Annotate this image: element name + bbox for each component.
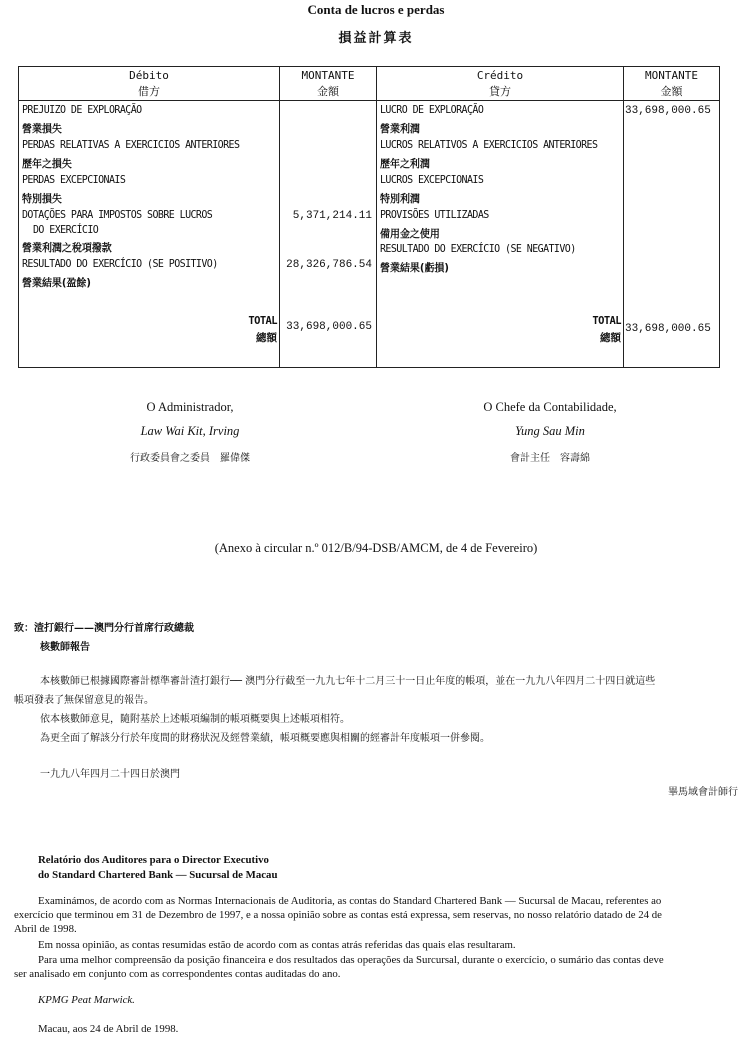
credit-amount-operating-profit: 33,698,000.65 — [625, 105, 711, 117]
credit-line: 營業結果(虧損) — [380, 260, 449, 275]
credit-line: LUCROS EXCEPCIONAIS — [380, 174, 483, 186]
debit-total-label: TOTAL 總額 — [248, 313, 277, 347]
credit-header-zh: 貸方 — [377, 84, 623, 100]
debit-amount-taxes: 5,371,214.11 — [293, 210, 372, 222]
credit-line: 營業利潤 — [380, 121, 420, 136]
zh-report-date: 一九九八年四月二十四日於澳門 — [40, 765, 180, 780]
pt-para1-line: Abril de 1998. — [14, 922, 742, 936]
debit-line: RESULTADO DO EXERCÍCIO (SE POSITIVO) — [22, 258, 218, 270]
pt-para1-line: Examinámos, de acordo com as Normas Inte… — [14, 894, 742, 908]
zh-report-signer: 畢馬域會計師行 — [668, 783, 738, 798]
amount-header-zh: 金額 — [280, 84, 376, 100]
total-label-pt: TOTAL — [248, 313, 277, 330]
credit-amount-header: MONTANTE 金額 — [624, 67, 719, 101]
signature-zh: 會計主任 容壽綿 — [450, 449, 650, 464]
credit-header: Crédito 貸方 — [377, 67, 623, 101]
credit-line: LUCROS RELATIVOS A EXERCICIOS ANTERIORES — [380, 139, 597, 151]
debit-amounts: 5,371,214.11 28,326,786.54 33,698,000.65 — [280, 102, 376, 367]
credit-line: 備用金之使用 — [380, 226, 440, 241]
amount-header-pt: MONTANTE — [280, 68, 376, 84]
pt-report-signer: KPMG Peat Marwick. — [38, 993, 135, 1007]
pt-report-para3: Para uma melhor compreensão da posição f… — [14, 953, 742, 981]
debit-amount-column: MONTANTE 金額 5,371,214.11 28,326,786.54 3… — [280, 67, 377, 367]
pt-para3-line: ser analisado em conjunto com as corresp… — [14, 967, 742, 981]
credit-total-value: 33,698,000.65 — [625, 323, 711, 335]
zh-report-para2: 依本核數師意見，隨附基於上述帳項編制的帳項概要與上述帳項相符。 — [40, 710, 350, 725]
debit-line: DO EXERCÍCIO — [33, 224, 98, 236]
signature-zh: 行政委員會之委員 羅偉傑 — [90, 449, 290, 464]
pt-report-title: Relatório dos Auditores para o Director … — [38, 853, 277, 882]
pt-report-title-line2: do Standard Chartered Bank — Sucursal de… — [38, 868, 277, 883]
debit-line: PERDAS RELATIVAS A EXERCICIOS ANTERIORES — [22, 139, 239, 151]
debit-lines: PREJUIZO DE EXPLORAÇÃO 營業損失 PERDAS RELAT… — [19, 102, 279, 367]
credit-header-pt: Crédito — [377, 68, 623, 84]
pt-report-title-line1: Relatório dos Auditores para o Director … — [38, 853, 277, 868]
debit-header: Débito 借方 — [19, 67, 279, 101]
debit-line: PERDAS EXCEPCIONAIS — [22, 174, 125, 186]
signature-administrator: O Administrador, Law Wai Kit, Irving 行政委… — [90, 400, 290, 464]
pt-para1-line: exercício que terminou em 31 de Dezembro… — [14, 908, 742, 922]
pt-report-para1: Examinámos, de acordo com as Normas Inte… — [14, 894, 742, 936]
amount-header-zh: 金額 — [624, 84, 719, 100]
profit-loss-table: Débito 借方 PREJUIZO DE EXPLORAÇÃO 營業損失 PE… — [18, 66, 720, 368]
debit-column: Débito 借方 PREJUIZO DE EXPLORAÇÃO 營業損失 PE… — [19, 67, 280, 367]
credit-amounts: 33,698,000.65 33,698,000.65 — [624, 102, 719, 367]
debit-line: 營業損失 — [22, 121, 62, 136]
amount-header-pt: MONTANTE — [624, 68, 719, 84]
credit-lines: LUCRO DE EXPLORAÇÃO 營業利潤 LUCROS RELATIVO… — [377, 102, 623, 367]
debit-line: 營業結果(盈餘) — [22, 275, 91, 290]
document-title: Conta de lucros e perdas — [0, 2, 752, 18]
credit-amount-column: MONTANTE 金額 33,698,000.65 33,698,000.65 — [624, 67, 719, 367]
zh-report-addressee: 致：渣打銀行——澳門分行首席行政總裁 — [14, 619, 194, 634]
credit-column: Crédito 貸方 LUCRO DE EXPLORAÇÃO 營業利潤 LUCR… — [377, 67, 624, 367]
debit-line: PREJUIZO DE EXPLORAÇÃO — [22, 104, 142, 116]
debit-line: 歷年之損失 — [22, 156, 72, 171]
total-label-zh: 總額 — [248, 330, 277, 347]
credit-line: 歷年之利潤 — [380, 156, 430, 171]
total-label-pt: TOTAL — [592, 313, 621, 330]
signature-role: O Administrador, — [90, 400, 290, 424]
debit-total-value: 33,698,000.65 — [286, 321, 372, 333]
annex-note: (Anexo à circular n.º 012/B/94-DSB/AMCM,… — [0, 541, 752, 556]
debit-amount-result: 28,326,786.54 — [286, 259, 372, 271]
debit-header-zh: 借方 — [19, 84, 279, 100]
pt-report-date: Macau, aos 24 de Abril de 1998. — [38, 1022, 178, 1036]
zh-report-para1-cont: 帳項發表了無保留意見的報告。 — [14, 691, 154, 706]
credit-line: LUCRO DE EXPLORAÇÃO — [380, 104, 483, 116]
debit-line: DOTAÇÕES PARA IMPOSTOS SOBRE LUCROS — [22, 209, 212, 221]
zh-report-title: 核數師報告 — [40, 638, 90, 653]
signature-chief-accountant: O Chefe da Contabilidade, Yung Sau Min 會… — [450, 400, 650, 464]
debit-header-pt: Débito — [19, 68, 279, 84]
signature-role: O Chefe da Contabilidade, — [450, 400, 650, 424]
document-subtitle-zh: 損益計算表 — [0, 27, 752, 46]
debit-line: 營業利潤之稅項撥款 — [22, 240, 112, 255]
credit-total-label: TOTAL 總額 — [592, 313, 621, 347]
credit-line: PROVISÕES UTILIZADAS — [380, 209, 489, 221]
zh-report-para1: 本核數師已根據國際審計標準審計渣打銀行── 澳門分行截至一九九七年十二月三十一日… — [40, 672, 655, 687]
debit-line: 特別損失 — [22, 191, 62, 206]
signature-name: Law Wai Kit, Irving — [90, 424, 290, 449]
credit-line: RESULTADO DO EXERCÍCIO (SE NEGATIVO) — [380, 243, 576, 255]
pt-report-para2: Em nossa opinião, as contas resumidas es… — [38, 938, 516, 952]
credit-line: 特別利潤 — [380, 191, 420, 206]
pt-para3-line: Para uma melhor compreensão da posição f… — [14, 953, 742, 967]
signature-name: Yung Sau Min — [450, 424, 650, 449]
debit-amount-header: MONTANTE 金額 — [280, 67, 376, 101]
zh-report-para3: 為更全面了解該分行於年度間的財務狀況及經營業績，帳項概要應與相關的經審計年度帳項… — [40, 729, 490, 744]
total-label-zh: 總額 — [592, 330, 621, 347]
